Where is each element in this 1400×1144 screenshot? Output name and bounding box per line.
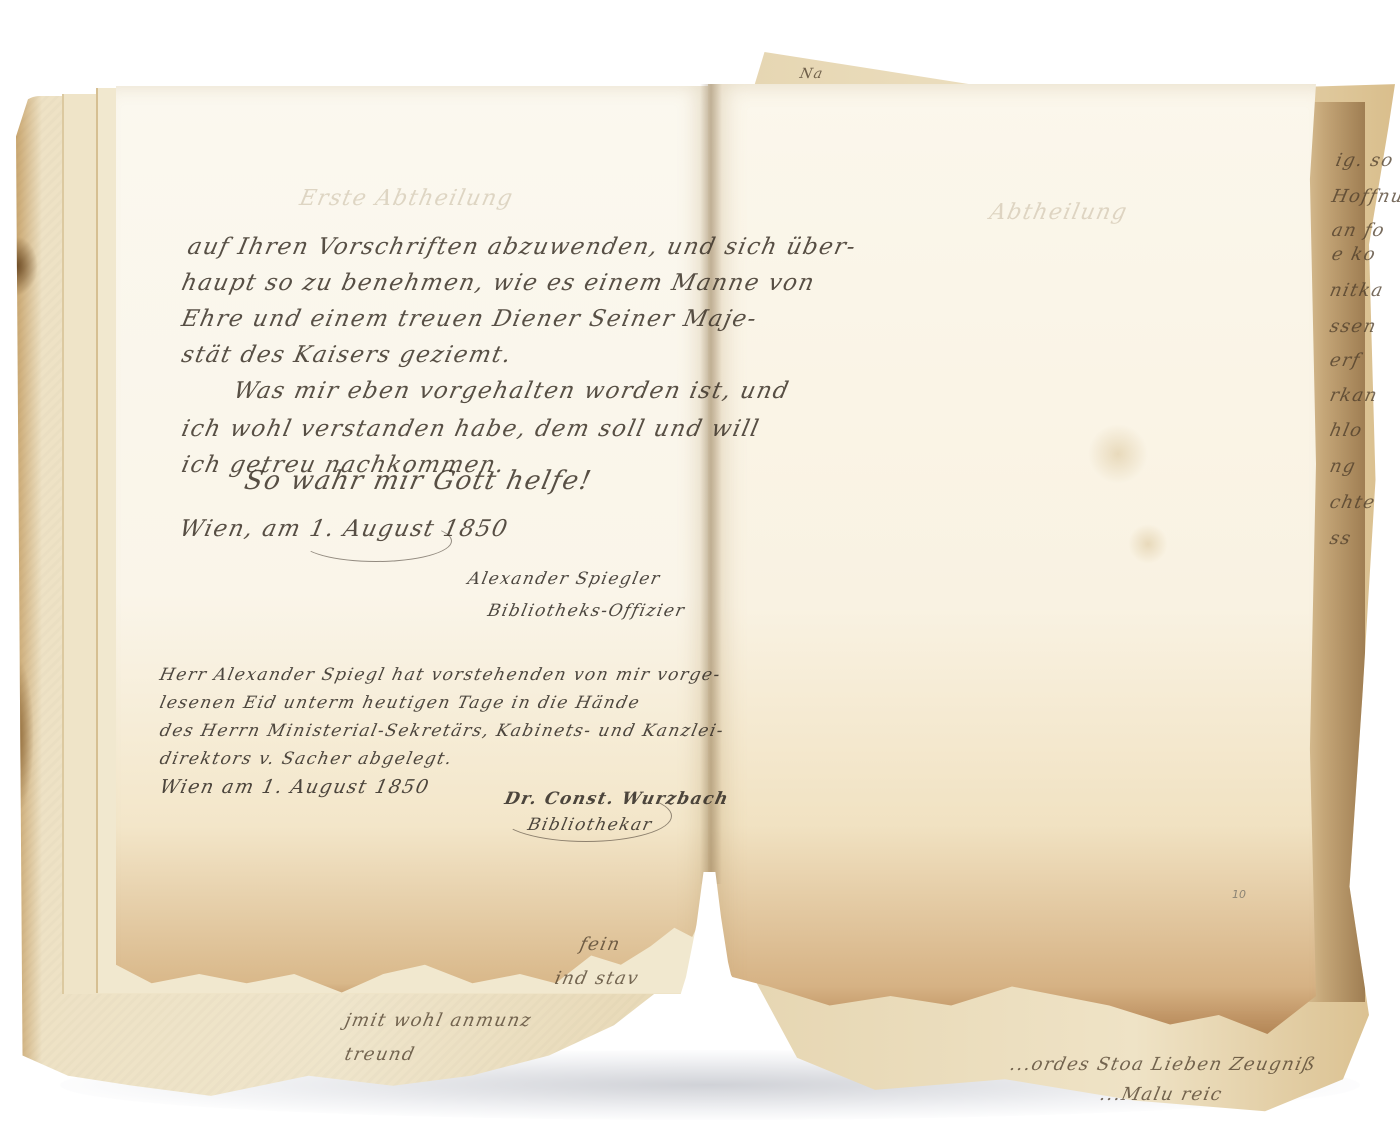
- attestation-line: Herr Alexander Spiegl hat vorstehenden v…: [157, 660, 724, 690]
- edge-fragment: ss: [1328, 528, 1354, 549]
- oath-line: auf Ihren Vorschriften abzuwenden, und s…: [184, 228, 860, 266]
- edge-fragment: ind stav: [553, 968, 641, 989]
- edge-fragment: erf: [1328, 350, 1363, 371]
- flourish: [300, 520, 452, 562]
- page-number: 10: [1232, 888, 1246, 901]
- edge-fragment: chte: [1328, 492, 1378, 513]
- edge-fragment: jmit wohl anmunz: [343, 1010, 534, 1031]
- edge-fragment: ...Malu reic: [1098, 1084, 1225, 1105]
- edge-fragment: nitka: [1328, 280, 1386, 301]
- oath-line: ich wohl verstanden habe, dem soll und w…: [178, 410, 764, 448]
- book-gutter: [700, 84, 722, 884]
- edge-fragment: ssen: [1328, 316, 1379, 337]
- edge-fragment: Na: [798, 66, 825, 82]
- edge-fragment: rkan: [1328, 385, 1380, 406]
- edge-fragment: an fo: [1330, 220, 1388, 241]
- right-page: [708, 84, 1316, 1034]
- book-photograph: Erste Abtheilung Abtheilung auf Ihren Vo…: [0, 0, 1400, 1144]
- flourish: [500, 790, 672, 842]
- water-stain: [1088, 424, 1148, 484]
- attestation-line: direktors v. Sacher abgelegt.: [157, 744, 456, 774]
- water-stain: [1128, 524, 1168, 564]
- edge-fragment: treund: [343, 1044, 418, 1065]
- edge-fragment: ...ordes Stoa Lieben Zeugniß: [1008, 1054, 1319, 1075]
- oath-line: Ehre und einem treuen Diener Seiner Maje…: [178, 300, 761, 338]
- oath-line: stät des Kaisers geziemt.: [178, 336, 516, 374]
- edge-fragment: hlo: [1328, 420, 1365, 441]
- burn-mark: [16, 236, 38, 296]
- oath-line: Was mir eben vorgehalten worden ist, und: [230, 372, 793, 410]
- edge-fragment: ig. so: [1334, 150, 1396, 171]
- attestation-line: lesenen Eid unterm heutigen Tage in die …: [157, 688, 644, 718]
- closing-formula: So wahr mir Gott helfe!: [241, 462, 596, 500]
- faint-heading: Erste Abtheilung: [297, 186, 516, 211]
- faint-heading-right: Abtheilung: [987, 200, 1130, 225]
- burn-mark: [16, 656, 34, 816]
- edge-fragment: ng: [1328, 456, 1359, 477]
- edge-fragment: Hoffnu: [1330, 186, 1400, 207]
- edge-fragment: e ko: [1330, 244, 1379, 265]
- signature-name: Alexander Spiegler: [465, 564, 664, 594]
- attestation-line: des Herrn Ministerial-Sekretärs, Kabinet…: [157, 716, 727, 746]
- oath-line: haupt so zu benehmen, wie es einem Manne…: [178, 264, 819, 302]
- attestation-date: Wien am 1. August 1850: [157, 772, 433, 802]
- edge-fragment: fein: [578, 934, 623, 955]
- signature-title: Bibliotheks-Offizier: [485, 596, 688, 626]
